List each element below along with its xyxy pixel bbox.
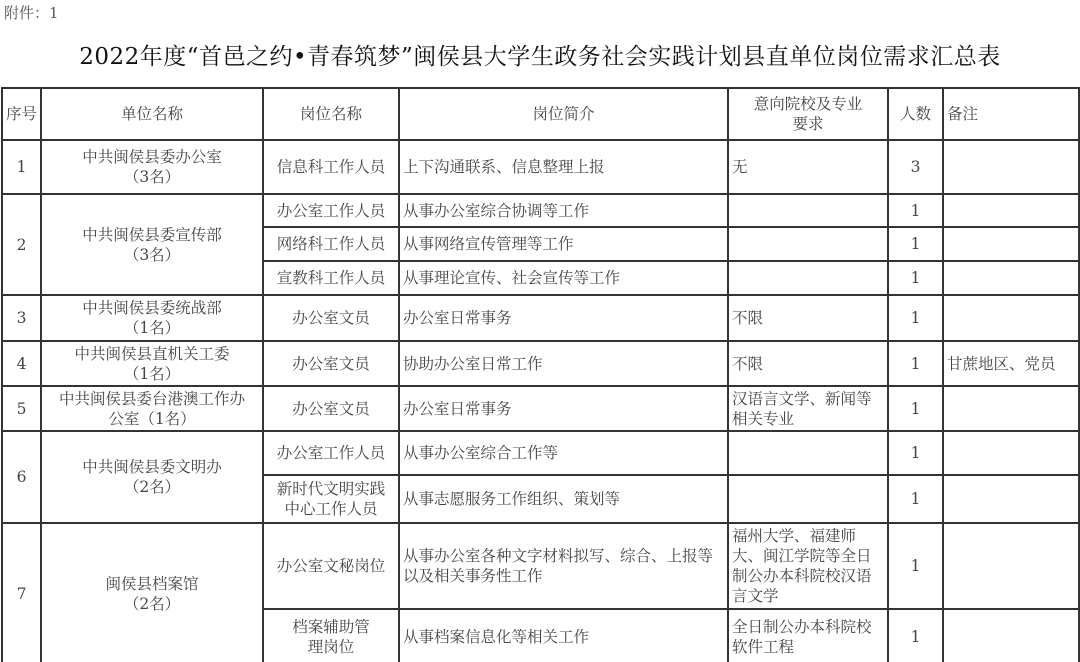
unit-name: 中共闽侯县委办公室 — [45, 147, 259, 167]
header-remarks: 备注 — [943, 88, 1079, 140]
row-no: 7 — [2, 523, 41, 662]
position-name: 办公室文员 — [263, 341, 399, 386]
position-requirement: 不限 — [728, 341, 888, 386]
position-remarks — [943, 194, 1079, 227]
table-row: 1 中共闽侯县委办公室（3名） 信息科工作人员 上下沟通联系、信息整理上报 无 … — [2, 140, 1079, 194]
table-row: 6 中共闽侯县委文明办（2名） 办公室工作人员 从事办公室综合工作等 1 — [2, 431, 1079, 475]
position-requirement: 无 — [728, 140, 888, 194]
unit-name-cell: 中共闽侯县委宣传部（3名） — [41, 194, 263, 295]
position-remarks — [943, 140, 1079, 194]
position-description: 协助办公室日常工作 — [399, 341, 728, 386]
position-count: 1 — [888, 523, 943, 609]
position-name: 办公室工作人员 — [263, 431, 399, 475]
position-requirement — [728, 194, 888, 227]
position-description: 从事办公室各种文字材料拟写、综合、上报等以及相关事务性工作 — [399, 523, 728, 609]
position-requirement: 全日制公办本科院校软件工程 — [728, 609, 888, 662]
position-requirement: 不限 — [728, 295, 888, 341]
header-requirement-line2: 要求 — [732, 114, 884, 134]
unit-name-cell: 中共闽侯县直机关工委（1名） — [41, 341, 263, 386]
position-remarks — [943, 227, 1079, 261]
position-count: 1 — [888, 227, 943, 261]
header-unit: 单位名称 — [41, 88, 263, 140]
position-requirement — [728, 227, 888, 261]
table-row: 2 中共闽侯县委宣传部（3名） 办公室工作人员 从事办公室综合协调等工作 1 — [2, 194, 1079, 227]
table-header-row: 序号 单位名称 岗位名称 岗位简介 意向院校及专业要求 人数 备注 — [2, 88, 1079, 140]
table-row: 7 闽侯县档案馆（2名） 办公室文秘岗位 从事办公室各种文字材料拟写、综合、上报… — [2, 523, 1079, 609]
row-no: 3 — [2, 295, 41, 341]
position-remarks — [943, 386, 1079, 431]
position-count: 1 — [888, 341, 943, 386]
position-remarks — [943, 261, 1079, 295]
unit-quota: （3名） — [45, 167, 259, 187]
table-row: 4 中共闽侯县直机关工委（1名） 办公室文员 协助办公室日常工作 不限 1 甘蔗… — [2, 341, 1079, 386]
position-description: 从事理论宣传、社会宣传等工作 — [399, 261, 728, 295]
header-description: 岗位简介 — [399, 88, 728, 140]
unit-name: 闽侯县档案馆 — [45, 574, 259, 594]
unit-quota: （3名） — [45, 245, 259, 265]
unit-name: 中共闽侯县委宣传部 — [45, 225, 259, 245]
row-no: 1 — [2, 140, 41, 194]
position-count: 1 — [888, 475, 943, 523]
unit-name-cell: 闽侯县档案馆（2名） — [41, 523, 263, 662]
header-count: 人数 — [888, 88, 943, 140]
position-name: 档案辅助管理岗位 — [263, 609, 399, 662]
position-name: 办公室文员 — [263, 386, 399, 431]
position-count: 1 — [888, 295, 943, 341]
header-position: 岗位名称 — [263, 88, 399, 140]
unit-name-cell: 中共闽侯县委文明办（2名） — [41, 431, 263, 523]
position-count: 1 — [888, 386, 943, 431]
unit-name: 中共闽侯县直机关工委 — [45, 344, 259, 364]
table-row: 5 中共闽侯县委台港澳工作办公室（1名） 办公室文员 办公室日常事务 汉语言文学… — [2, 386, 1079, 431]
position-description: 从事网络宣传管理等工作 — [399, 227, 728, 261]
header-requirement-line1: 意向院校及专业 — [732, 94, 884, 114]
unit-quota: （1名） — [45, 364, 259, 384]
position-name: 办公室文秘岗位 — [263, 523, 399, 609]
unit-name: 中共闽侯县委统战部 — [45, 298, 259, 318]
unit-quota: （2名） — [45, 594, 259, 614]
position-description: 从事档案信息化等相关工作 — [399, 609, 728, 662]
position-description: 办公室日常事务 — [399, 386, 728, 431]
position-remarks — [943, 523, 1079, 609]
position-count: 1 — [888, 261, 943, 295]
position-name: 宣教科工作人员 — [263, 261, 399, 295]
position-requirement: 汉语言文学、新闻等相关专业 — [728, 386, 888, 431]
position-remarks — [943, 431, 1079, 475]
position-requirement: 福州大学、福建师大、闽江学院等全日制公办本科院校汉语言文学 — [728, 523, 888, 609]
unit-name: 中共闽侯县委台港澳工作办 — [45, 389, 259, 409]
position-demand-table: 序号 单位名称 岗位名称 岗位简介 意向院校及专业要求 人数 备注 1 中共闽侯… — [1, 87, 1080, 662]
position-name: 办公室工作人员 — [263, 194, 399, 227]
position-count: 3 — [888, 140, 943, 194]
row-no: 5 — [2, 386, 41, 431]
row-no: 4 — [2, 341, 41, 386]
position-count: 1 — [888, 431, 943, 475]
position-name: 信息科工作人员 — [263, 140, 399, 194]
position-name: 网络科工作人员 — [263, 227, 399, 261]
row-no: 6 — [2, 431, 41, 523]
table-row: 3 中共闽侯县委统战部（1名） 办公室文员 办公室日常事务 不限 1 — [2, 295, 1079, 341]
position-count: 1 — [888, 194, 943, 227]
position-description: 从事办公室综合协调等工作 — [399, 194, 728, 227]
unit-quota: （2名） — [45, 477, 259, 497]
position-description: 上下沟通联系、信息整理上报 — [399, 140, 728, 194]
unit-name-cell: 中共闽侯县委统战部（1名） — [41, 295, 263, 341]
position-remarks — [943, 475, 1079, 523]
attachment-label: 附件：1 — [4, 2, 59, 23]
position-requirement — [728, 475, 888, 523]
header-requirement: 意向院校及专业要求 — [728, 88, 888, 140]
position-requirement — [728, 261, 888, 295]
position-remarks: 甘蔗地区、党员 — [943, 341, 1079, 386]
unit-name-cell: 中共闽侯县委台港澳工作办公室（1名） — [41, 386, 263, 431]
document-title: 2022年度“首邑之约•青春筑梦”闽侯县大学生政务社会实践计划县直单位岗位需求汇… — [0, 38, 1080, 71]
position-description: 办公室日常事务 — [399, 295, 728, 341]
unit-quota: 公室（1名） — [45, 409, 259, 429]
unit-quota: （1名） — [45, 318, 259, 338]
position-remarks — [943, 295, 1079, 341]
position-description: 从事办公室综合工作等 — [399, 431, 728, 475]
unit-name: 中共闽侯县委文明办 — [45, 457, 259, 477]
position-name: 办公室文员 — [263, 295, 399, 341]
position-requirement — [728, 431, 888, 475]
position-count: 1 — [888, 609, 943, 662]
position-remarks — [943, 609, 1079, 662]
position-description: 从事志愿服务工作组织、策划等 — [399, 475, 728, 523]
position-name: 新时代文明实践中心工作人员 — [263, 475, 399, 523]
row-no: 2 — [2, 194, 41, 295]
header-no: 序号 — [2, 88, 41, 140]
unit-name-cell: 中共闽侯县委办公室（3名） — [41, 140, 263, 194]
